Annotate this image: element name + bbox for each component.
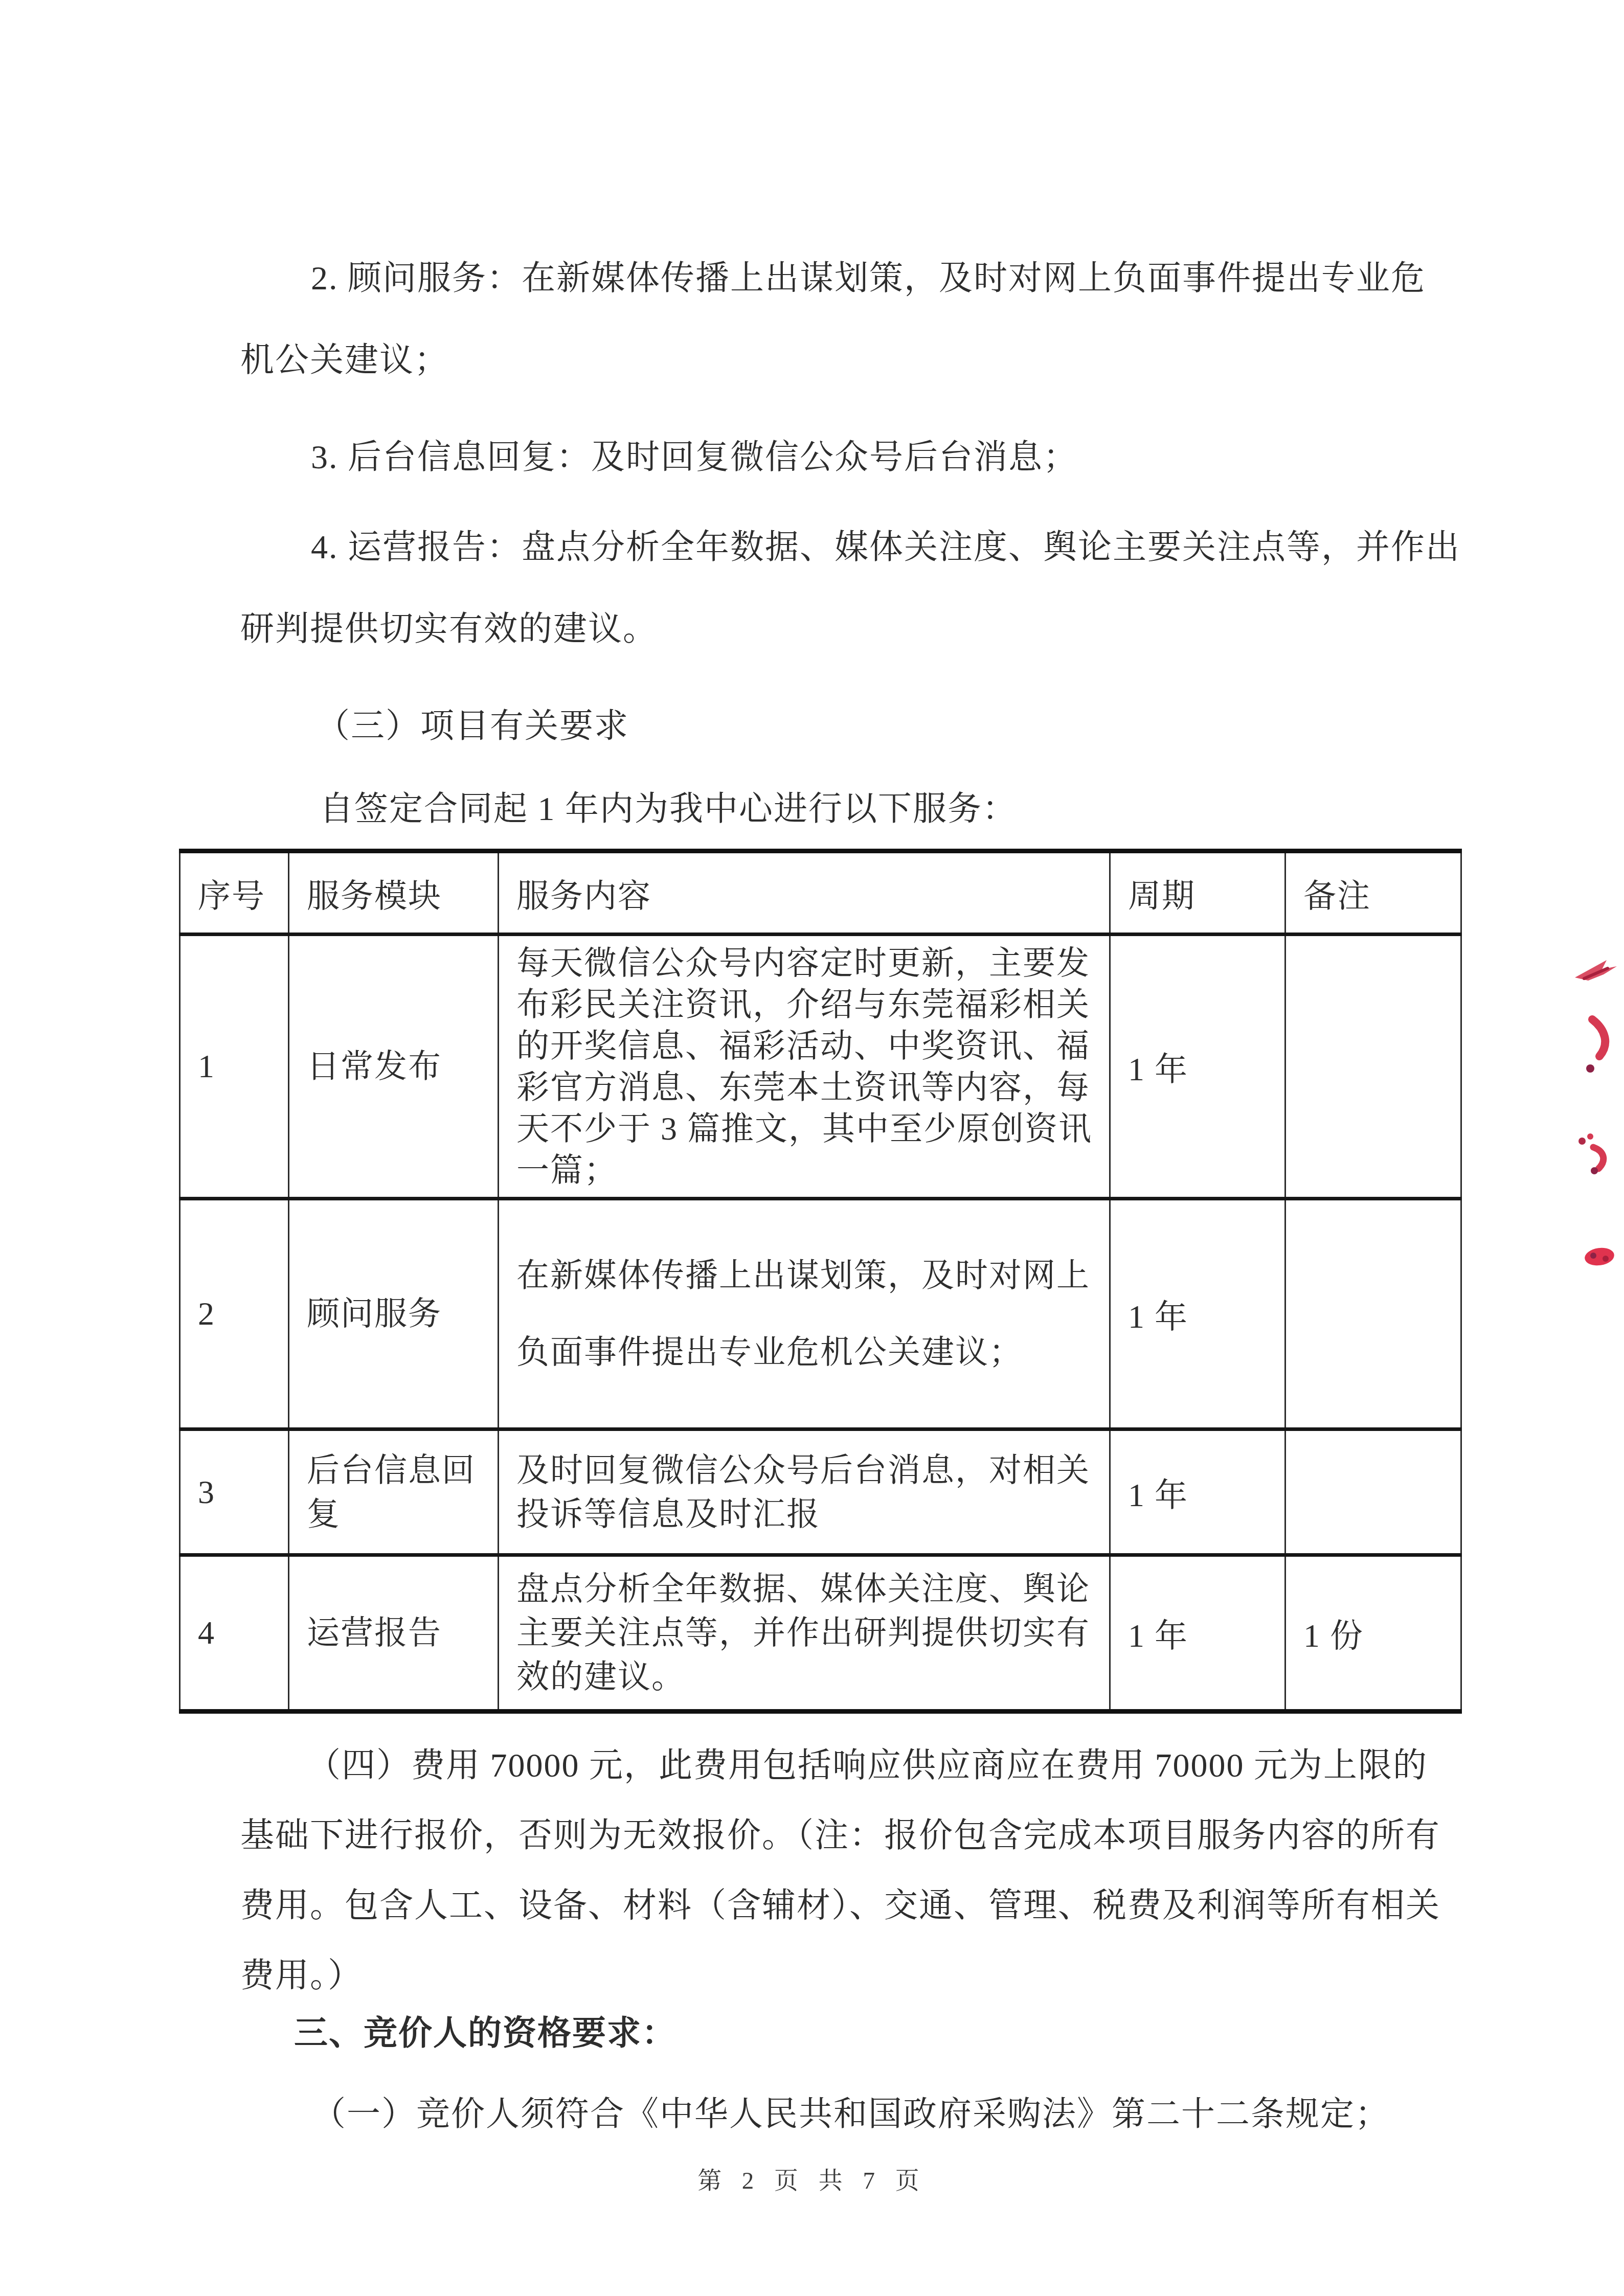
cell-note <box>1285 1429 1461 1555</box>
red-ink-mark-2 <box>1584 1015 1615 1075</box>
clause-2-paragraph: 2. 顾问服务：在新媒体传播上出谋划策，及时对网上负面事件提出专业危 机公关建议… <box>240 238 1478 401</box>
cell-module: 顾问服务 <box>289 1199 499 1429</box>
cell-module: 运营报告 <box>289 1555 499 1712</box>
cell-note: 1 份 <box>1285 1555 1461 1712</box>
header-no: 序号 <box>180 851 289 935</box>
red-ink-mark-3 <box>1576 1133 1614 1176</box>
cell-content: 盘点分析全年数据、媒体关注度、舆论主要关注点等，并作出研判提供切实有效的建议。 <box>499 1555 1110 1712</box>
cell-content: 在新媒体传播上出谋划策，及时对网上负面事件提出专业危机公关建议； <box>499 1199 1110 1429</box>
qualification-heading: 三、竞价人的资格要求： <box>294 2017 676 2051</box>
clause-4-fee-paragraph: （四）费用 70000 元，此费用包括响应供应商应在费用 70000 元为上限的… <box>240 1731 1478 2011</box>
document-page: 2. 顾问服务：在新媒体传播上出谋划策，及时对网上负面事件提出专业危 机公关建议… <box>0 0 1624 2296</box>
cell-content: 每天微信公众号内容定时更新，主要发布彩民关注资讯，介绍与东莞福彩相关的开奖信息、… <box>499 935 1110 1199</box>
header-module: 服务模块 <box>289 851 499 935</box>
clause-3-paragraph: 3. 后台信息回复：及时回复微信公众号后台消息； <box>311 441 1078 474</box>
table-row: 1 日常发布 每天微信公众号内容定时更新，主要发布彩民关注资讯，介绍与东莞福彩相… <box>180 935 1461 1199</box>
cell-content: 及时回复微信公众号后台消息，对相关投诉等信息及时汇报 <box>499 1429 1110 1555</box>
services-table: 序号 服务模块 服务内容 周期 备注 1 日常发布 每天微信公众号内容定时更新，… <box>179 849 1462 1714</box>
table-row: 3 后台信息回复 及时回复微信公众号后台消息，对相关投诉等信息及时汇报 1 年 <box>180 1429 1461 1555</box>
red-ink-mark-4 <box>1583 1242 1618 1273</box>
section-3-heading: （三）项目有关要求 <box>316 710 629 743</box>
cell-no: 3 <box>180 1429 289 1555</box>
table-row: 4 运营报告 盘点分析全年数据、媒体关注度、舆论主要关注点等，并作出研判提供切实… <box>180 1555 1461 1712</box>
cell-period: 1 年 <box>1110 1199 1285 1429</box>
cell-no: 1 <box>180 935 289 1199</box>
cell-module: 后台信息回复 <box>289 1429 499 1555</box>
table-header-row: 序号 服务模块 服务内容 周期 备注 <box>180 851 1461 935</box>
cell-period: 1 年 <box>1110 1429 1285 1555</box>
cell-no: 4 <box>180 1555 289 1712</box>
red-ink-mark-1 <box>1574 957 1620 985</box>
header-period: 周期 <box>1110 851 1285 935</box>
qualification-item-1: （一）竞价人须符合《中华人民共和国政府采购法》第二十二条规定； <box>312 2098 1390 2131</box>
cell-note <box>1285 1199 1461 1429</box>
page-number-footer: 第 2 页 共 7 页 <box>0 2169 1624 2193</box>
table-row: 2 顾问服务 在新媒体传播上出谋划策，及时对网上负面事件提出专业危机公关建议； … <box>180 1199 1461 1429</box>
header-note: 备注 <box>1285 851 1461 935</box>
clause-4-paragraph: 4. 运营报告：盘点分析全年数据、媒体关注度、舆论主要关注点等，并作出 研判提供… <box>240 507 1478 670</box>
cell-period: 1 年 <box>1110 935 1285 1199</box>
header-content: 服务内容 <box>499 851 1110 935</box>
table-intro-line: 自签定合同起 1 年内为我中心进行以下服务： <box>320 792 1017 826</box>
cell-period: 1 年 <box>1110 1555 1285 1712</box>
cell-no: 2 <box>180 1199 289 1429</box>
cell-module: 日常发布 <box>289 935 499 1199</box>
cell-note <box>1285 935 1461 1199</box>
